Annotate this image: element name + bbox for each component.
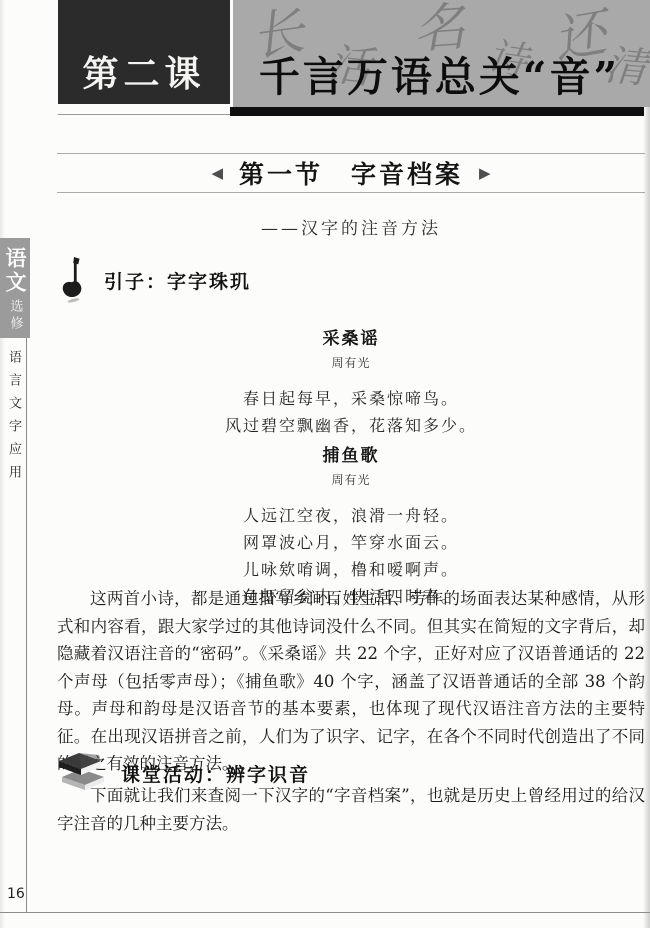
poem-title: 采桑谣 xyxy=(57,324,645,349)
guitar-icon xyxy=(55,256,92,309)
lesson-number-box: 第二课 xyxy=(58,0,230,104)
sidebar-series-label: 语言文字应用 xyxy=(4,350,23,488)
section-rule-top xyxy=(57,153,645,154)
page-number: 16 xyxy=(7,886,25,902)
poem-title: 捕鱼歌 xyxy=(57,441,645,466)
banner-underline-bar xyxy=(230,107,644,116)
poem-line: 儿咏欸唷调，橹和嗳啊声。 xyxy=(57,556,645,583)
sidebar-book-title: 语文 xyxy=(0,247,30,295)
poem-line: 人远江空夜，浪滑一舟轻。 xyxy=(57,502,645,529)
lesson-box-underline xyxy=(58,114,230,115)
lesson-title-banner: 长 活 名 诗 还 清 千言万语总关“音” xyxy=(233,0,650,107)
activity-intro-paragraph: 下面就让我们来查阅一下汉字的“字音档案”，也就是历史上曾经用过的给汉字注音的几种… xyxy=(57,782,645,837)
sidebar-book-subtitle: 选修 xyxy=(6,299,25,333)
poem-author: 周有光 xyxy=(57,471,645,488)
intro-heading-row: 引子：字字珠玑 xyxy=(60,254,251,306)
footer-rule xyxy=(0,912,650,913)
lesson-number-label: 第二课 xyxy=(82,46,205,97)
sidebar-divider-line xyxy=(26,338,27,913)
section-rule-bottom xyxy=(57,192,645,193)
poem-line: 风过碧空飘幽香，花落知多少。 xyxy=(57,412,645,439)
poem-line: 网罩波心月，竿穿水面云。 xyxy=(57,529,645,556)
poem-caisangyao: 采桑谣 周有光 春日起每早，采桑惊啼鸟。 风过碧空飘幽香，花落知多少。 xyxy=(57,324,645,439)
right-triangle-icon: ▶ xyxy=(479,166,491,181)
poem-author: 周有光 xyxy=(57,354,645,371)
section-title: 第一节 字音档案 xyxy=(239,155,463,191)
left-triangle-icon: ◀ xyxy=(211,166,223,181)
poem-line: 春日起每早，采桑惊啼鸟。 xyxy=(57,385,645,412)
textbook-page: 第二课 长 活 名 诗 还 清 千言万语总关“音” ◀ 第一节 字音档案 ▶ —… xyxy=(0,0,650,928)
sidebar-book-title-box: 语文 选修 xyxy=(0,238,30,338)
intro-heading: 引子：字字珠玑 xyxy=(104,267,251,294)
section-subtitle: ——汉字的注音方法 xyxy=(57,214,645,239)
section-title-row: ◀ 第一节 字音档案 ▶ xyxy=(57,156,645,190)
lesson-title: 千言万语总关“音” xyxy=(233,44,646,103)
